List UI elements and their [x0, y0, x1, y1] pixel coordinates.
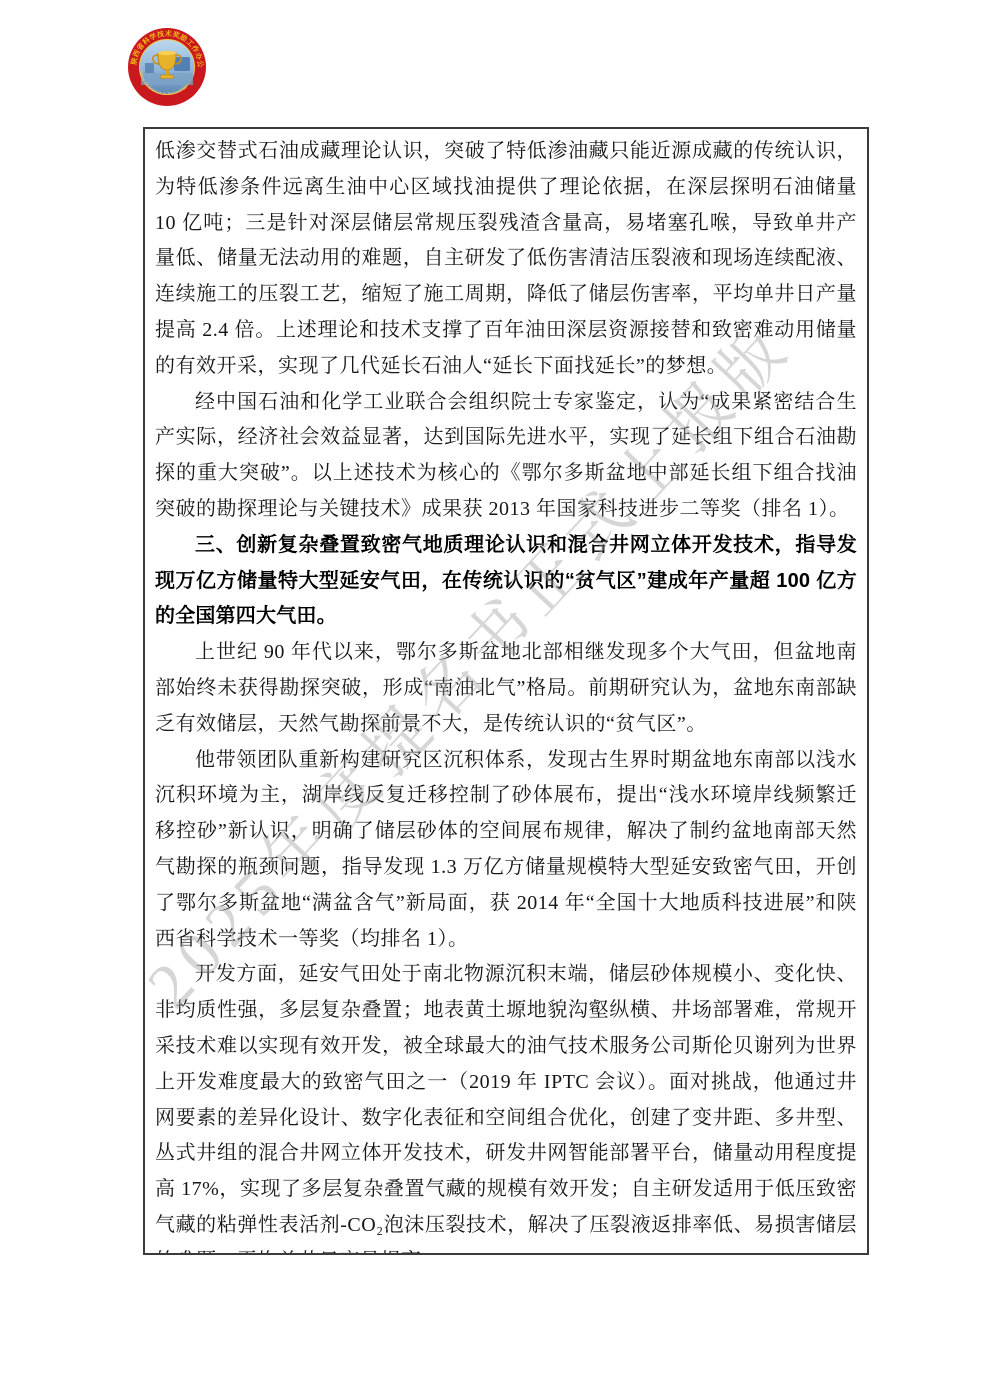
body-paragraph-4: 上世纪 90 年代以来，鄂尔多斯盆地北部相继发现多个大气田，但盆地南部始终未获得… [155, 635, 857, 742]
award-office-seal-logo: 陕西省科学技术奖励工作办公室 Office Of Science & Techn… [127, 27, 207, 107]
body-paragraph-6: 开发方面，延安气田处于南北物源沉积末端，储层砂体规模小、变化快、非均质性强，多层… [155, 957, 857, 1255]
document-page: { "watermark": { "text": "2025年度提名书正式上报版… [0, 0, 990, 1399]
body-paragraph-2: 经中国石油和化学工业联合会组织院士专家鉴定，认为“成果紧密结合生产实际，经济社会… [155, 385, 857, 528]
document-body-frame: 低渗交替式石油成藏理论认识，突破了特低渗油藏只能近源成藏的传统认识，为特低渗条件… [143, 127, 869, 1255]
seal-icon: 陕西省科学技术奖励工作办公室 Office Of Science & Techn… [127, 27, 207, 107]
section-heading-paragraph: 三、创新复杂叠置致密气地质理论认识和混合井网立体开发技术，指导发现万亿方储量特大… [155, 528, 857, 635]
body-paragraph-1: 低渗交替式石油成藏理论认识，突破了特低渗油藏只能近源成藏的传统认识，为特低渗条件… [155, 134, 857, 385]
body-paragraph-5: 他带领团队重新构建研究区沉积体系，发现古生界时期盆地东南部以浅水沉积环境为主，湖… [155, 743, 857, 958]
